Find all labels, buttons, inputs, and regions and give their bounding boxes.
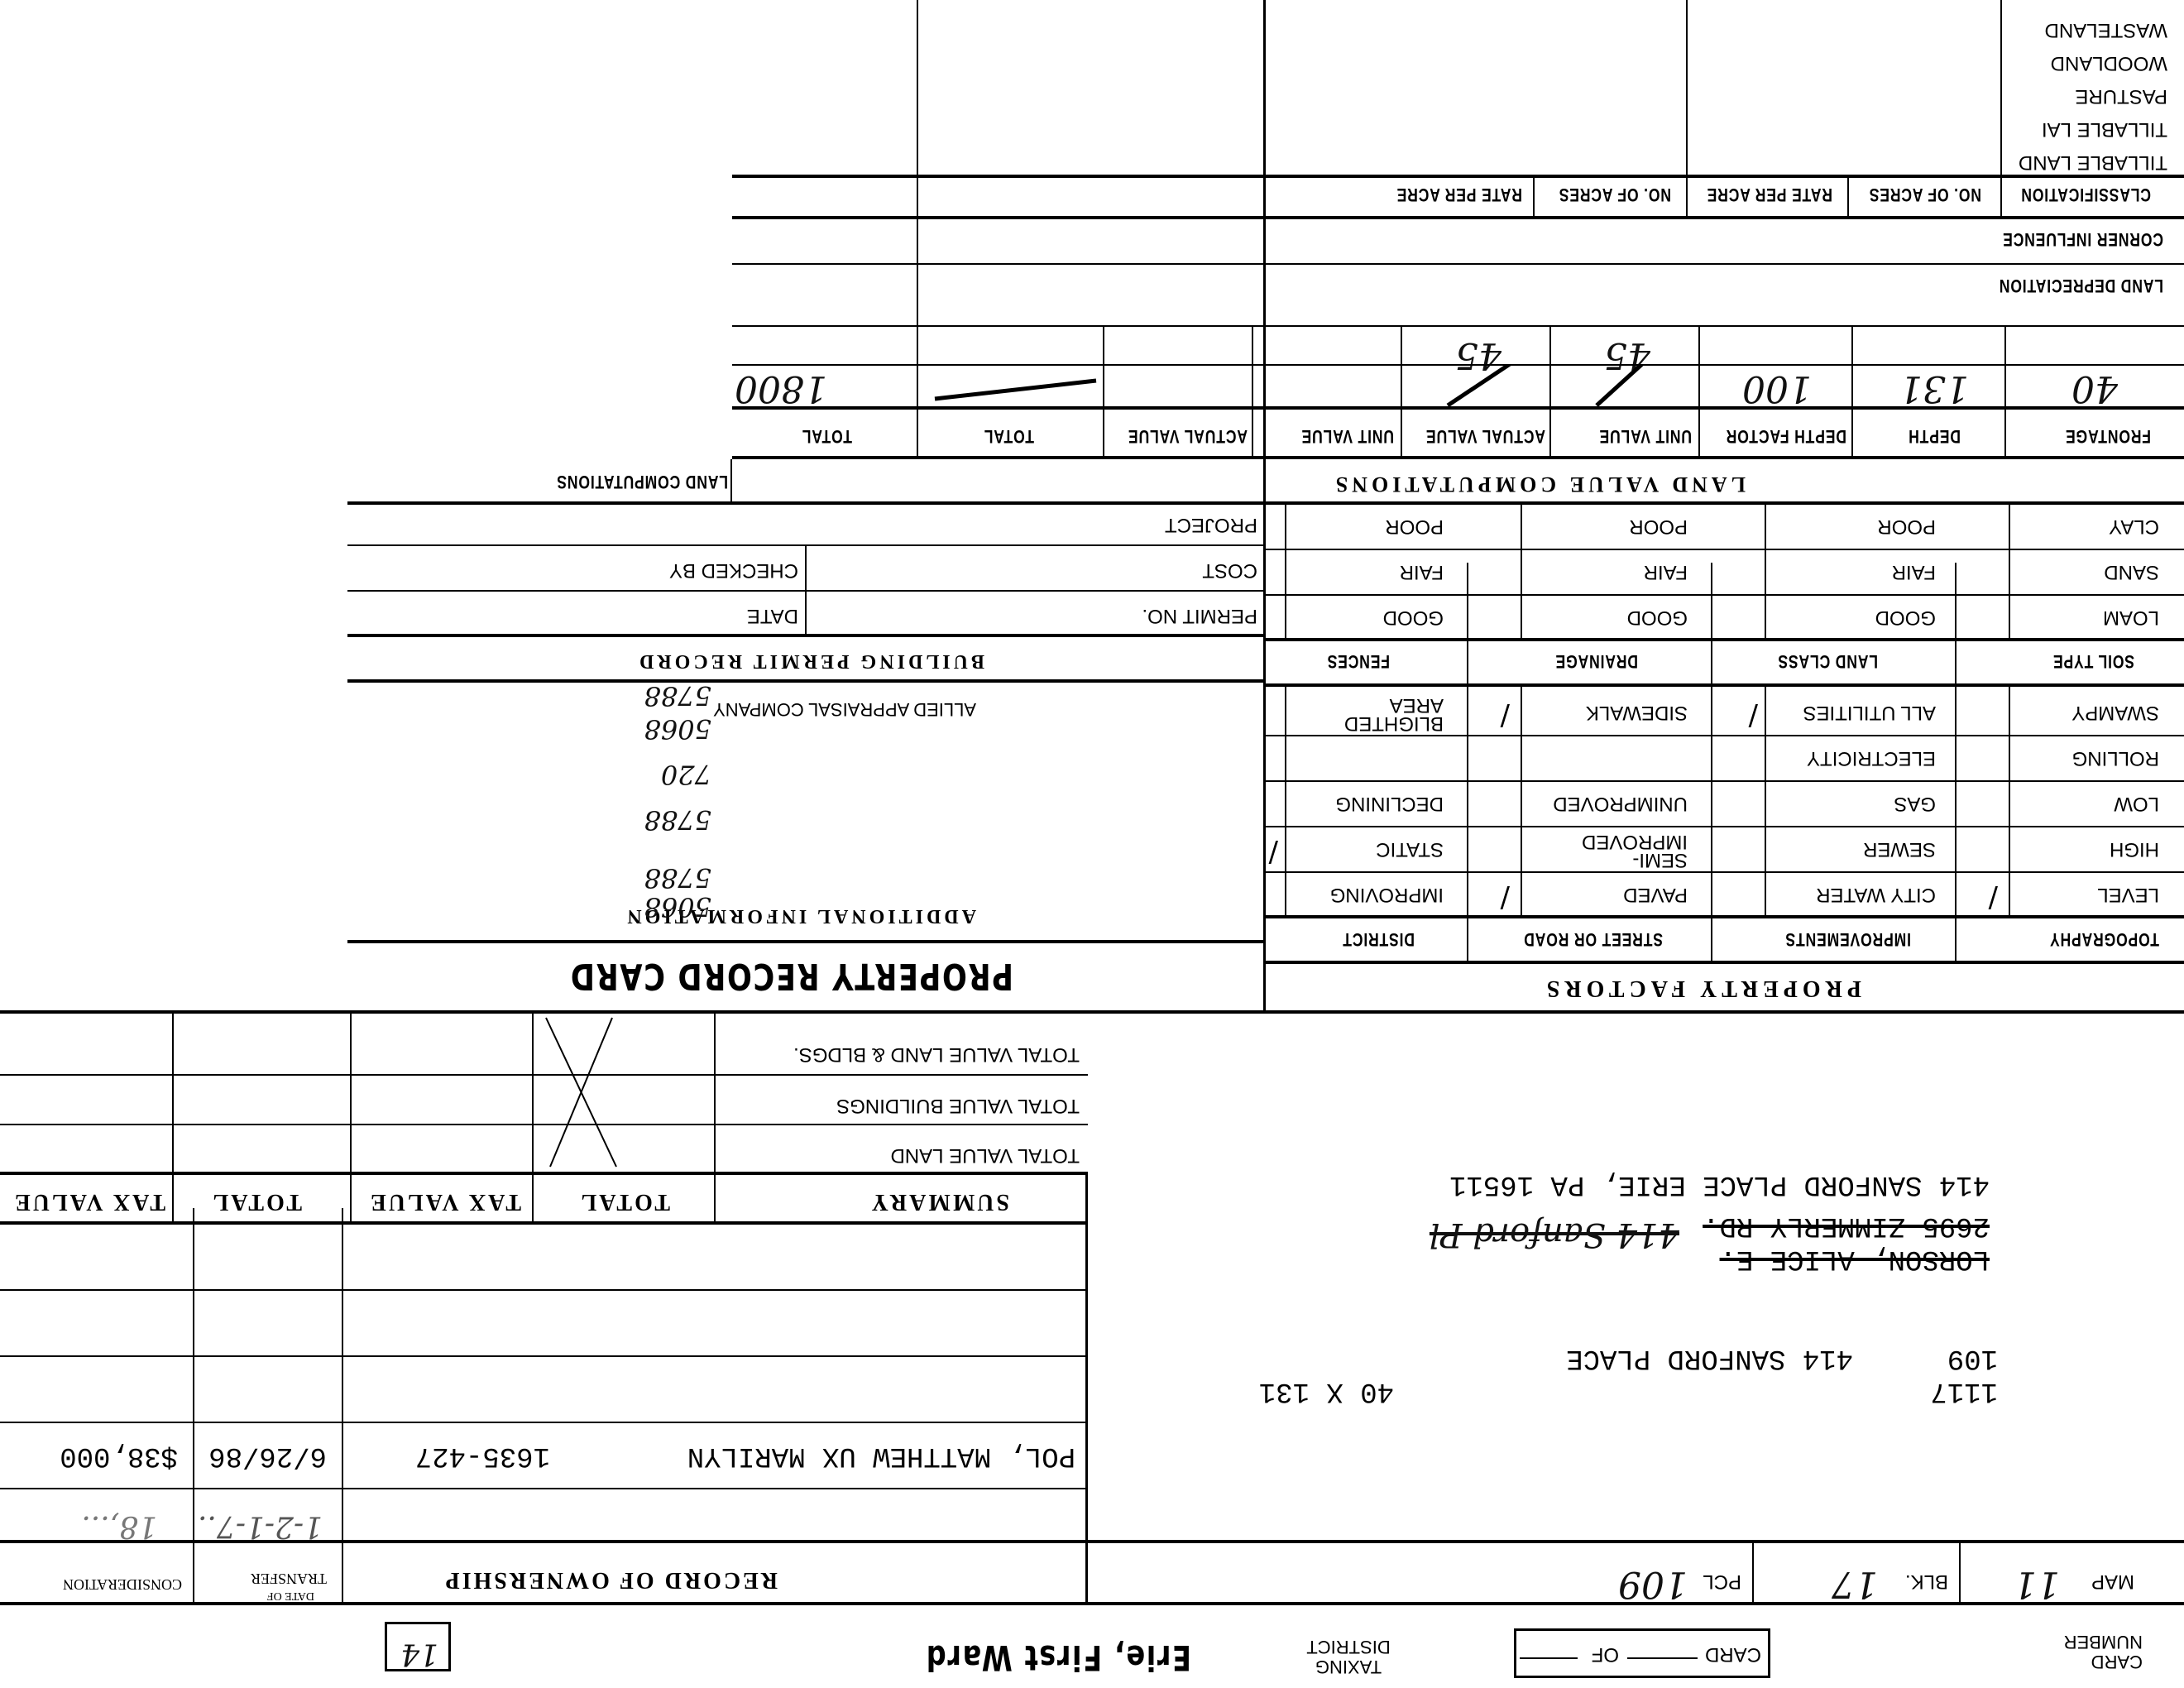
owner-name: POL, MATTHEW UX MARILYN <box>687 1440 1075 1471</box>
acre-row-wasteland: WASTELAND <box>2045 18 2167 41</box>
check-mark-icon: / <box>1749 699 1758 732</box>
acre-row-tillable-lai: TILLABLE LAI <box>2042 117 2167 141</box>
street-sidewalk[interactable]: SIDEWALK <box>1586 701 1688 724</box>
topo-level[interactable]: LEVEL <box>2097 883 2159 906</box>
col-unit-value: UNIT VALUE <box>1599 425 1692 447</box>
margin-note: 5788 <box>644 680 711 712</box>
land-class-good[interactable]: GOOD <box>1875 606 1936 629</box>
address-line-number: 1117 <box>1930 1375 1998 1407</box>
impr-all-utilities[interactable]: ALL UTILITIES <box>1803 701 1937 724</box>
pcl-label: PCL <box>1703 1570 1741 1593</box>
district-name: Erie, First Ward <box>925 1638 1191 1678</box>
land-class-poor[interactable]: POOR <box>1877 515 1936 538</box>
topo-low[interactable]: LOW <box>2114 792 2159 815</box>
acre-row-woodland: WOODLAND <box>2051 51 2167 74</box>
date-of-label: DATE OF <box>267 1589 314 1602</box>
margin-note: 5788 <box>644 862 711 894</box>
address-parcel: 109 <box>1947 1342 1998 1374</box>
col-depth: DEPTH <box>1908 425 1961 447</box>
permit-project-label: PROJECT <box>1165 513 1257 536</box>
impr-electricity[interactable]: ELECTRICITY <box>1807 746 1936 770</box>
col-improvements: IMPROVEMENTS <box>1785 928 1911 950</box>
rate-per-acre-label-2: RATE PER ACRE <box>1396 184 1522 205</box>
card-number-label: CARD NUMBER <box>2043 1632 2143 1671</box>
appraiser-name: ALLIED APPRAISAL COMPANY <box>713 698 976 720</box>
margin-note: 5788 <box>644 804 711 836</box>
permit-date-label: DATE <box>747 604 798 627</box>
soil-loam[interactable]: LOAM <box>2103 606 2159 629</box>
map-value: 11 <box>2014 1563 2060 1605</box>
impr-sewer[interactable]: SEWER <box>1863 837 1936 861</box>
summary-tax-value-2: TAX VALUE <box>12 1188 165 1215</box>
col-actual-value-2: ACTUAL VALUE <box>1128 425 1248 447</box>
topo-rolling[interactable]: ROLLING <box>2072 746 2159 770</box>
district-code-box: 14 <box>385 1622 451 1671</box>
fences-fair[interactable]: FAIR <box>1400 560 1444 583</box>
col-district: DISTRICT <box>1342 928 1415 950</box>
drainage-good[interactable]: GOOD <box>1627 606 1688 629</box>
drainage-poor[interactable]: POOR <box>1629 515 1688 538</box>
land-value-title: LAND VALUE COMPUTATIONS <box>1332 472 1746 496</box>
fences-poor[interactable]: POOR <box>1385 515 1444 538</box>
impr-city-water[interactable]: CITY WATER <box>1816 883 1936 906</box>
no-of-acres-label-2: NO. OF ACRES <box>1559 184 1671 205</box>
topo-swampy[interactable]: SWAMPY <box>2071 701 2159 724</box>
property-factors-title: PROPERTY FACTORS <box>1542 975 1861 1001</box>
land-depreciation-label: LAND DEPRECIATION <box>1999 275 2163 296</box>
summary-total-2: TOTAL <box>211 1188 302 1215</box>
depth-factor-value: 100 <box>1742 367 1812 410</box>
summary-row-land: TOTAL VALUE LAND <box>890 1144 1080 1167</box>
deed-book: 1635-427 <box>415 1440 550 1471</box>
pcl-value: 109 <box>1618 1563 1688 1605</box>
property-record-card: CARD NUMBER CARD OF TAXING DISTRICT Erie… <box>0 0 2184 1688</box>
acre-row-pasture: PASTURE <box>2075 84 2167 108</box>
permit-checked-by-label: CHECKED BY <box>669 559 798 582</box>
district-code: 14 <box>400 1637 438 1671</box>
transfer-label: TRANSFER <box>251 1570 327 1587</box>
frontage-value: 40 <box>2071 367 2118 410</box>
strike-mark <box>1398 364 1696 410</box>
fences-good[interactable]: GOOD <box>1383 606 1444 629</box>
margin-note: 5068 <box>644 713 711 745</box>
transfer-date: 6/26/86 <box>208 1440 327 1471</box>
district-static[interactable]: STATIC <box>1376 837 1444 861</box>
permit-cost-label: COST <box>1202 559 1257 582</box>
classification-label: CLASSIFICATION <box>2020 184 2151 205</box>
card-label: CARD <box>1705 1642 1761 1666</box>
check-mark-icon: / <box>1269 836 1278 869</box>
struck-address: 2695 ZIMMERLY RD. <box>1703 1210 1990 1241</box>
x-cross-mark <box>538 1014 629 1171</box>
district-declining[interactable]: DECLINING <box>1335 792 1444 815</box>
check-mark-icon: / <box>1501 881 1510 914</box>
consideration-label: CONSIDERATION <box>63 1575 182 1593</box>
taxing-district-label: TAXING DISTRICT <box>1291 1637 1406 1676</box>
summary-row-buildings: TOTAL VALUE BUILDINGS <box>836 1094 1080 1117</box>
col-street-or-road: STREET OR ROAD <box>1523 928 1663 950</box>
struck-handwritten-address: 414 Sanford Pl <box>1430 1216 1679 1254</box>
street-unimproved[interactable]: UNIMPROVED <box>1553 792 1688 815</box>
col-total-2: TOTAL <box>802 425 852 447</box>
col-frontage: FRONTAGE <box>2065 425 2151 447</box>
building-permit-title: BUILDING PERMIT RECORD <box>636 650 984 672</box>
impr-gas[interactable]: GAS <box>1894 792 1936 815</box>
margin-note: 5068 <box>644 891 711 923</box>
check-mark-icon: / <box>1989 881 1998 914</box>
ownership-title: RECORD OF OWNERSHIP <box>443 1566 778 1593</box>
margin-note: 720 <box>661 759 711 790</box>
address-street: 414 SANFORD PLACE <box>1566 1342 1853 1374</box>
address-dims: 40 X 131 <box>1259 1375 1394 1407</box>
summary-row-land-bldgs: TOTAL VALUE LAND & BLDGS. <box>793 1043 1080 1066</box>
topo-high[interactable]: HIGH <box>2110 837 2159 861</box>
blk-value: 17 <box>1832 1563 1878 1605</box>
summary-tax-value-1: TAX VALUE <box>368 1188 521 1215</box>
col-topography: TOPOGRAPHY <box>2049 928 2159 950</box>
consideration: $38,000 <box>60 1440 178 1471</box>
street-paved[interactable]: PAVED <box>1623 883 1688 906</box>
land-class-fair[interactable]: FAIR <box>1892 560 1936 583</box>
district-improving[interactable]: IMPROVING <box>1330 883 1444 906</box>
depth-value: 131 <box>1899 367 1969 410</box>
current-address: 414 SANFORD PLACE ERIE, PA 16511 <box>1449 1168 1990 1200</box>
drainage-fair[interactable]: FAIR <box>1644 560 1688 583</box>
acre-row-tillable-land: TILLABLE LAND <box>2019 151 2167 174</box>
col-land-class: LAND CLASS <box>1778 650 1878 672</box>
check-mark-icon: / <box>1501 699 1510 732</box>
col-drainage: DRAINAGE <box>1555 650 1638 672</box>
soil-sand[interactable]: SAND <box>2104 560 2159 583</box>
col-soil-type: SOIL TYPE <box>2052 650 2134 672</box>
col-depth-factor: DEPTH FACTOR <box>1726 425 1846 447</box>
summary-title: SUMMARY <box>869 1188 1009 1215</box>
soil-clay[interactable]: CLAY <box>2109 515 2159 538</box>
land-computations-title: LAND COMPUTATIONS <box>556 471 728 492</box>
of-label: OF <box>1592 1642 1619 1666</box>
street-semi-improved[interactable]: SEMI-IMPROVED <box>1539 832 1688 869</box>
consideration: 18,... <box>81 1509 157 1543</box>
card-of-box[interactable]: CARD OF <box>1514 1628 1770 1678</box>
blk-label: BLK. <box>1905 1570 1948 1593</box>
map-label: MAP <box>2091 1570 2134 1593</box>
dash-mark <box>927 372 1100 405</box>
corner-influence-label: CORNER INFLUENCE <box>2002 228 2163 250</box>
col-total: TOTAL <box>984 425 1034 447</box>
rate-per-acre-label: RATE PER ACRE <box>1707 184 1832 205</box>
no-of-acres-label: NO. OF ACRES <box>1869 184 1981 205</box>
card-title: PROPERTY RECORD CARD <box>569 955 1013 997</box>
permit-no-label: PERMIT NO. <box>1142 604 1257 627</box>
struck-owner: LORSON, ALICE E. <box>1720 1243 1990 1274</box>
col-unit-value-2: UNIT VALUE <box>1301 425 1394 447</box>
district-blighted-area[interactable]: BLIGHTED AREA <box>1353 696 1444 732</box>
summary-total-1: TOTAL <box>579 1188 670 1215</box>
col-actual-value: ACTUAL VALUE <box>1425 425 1545 447</box>
col-fences: FENCES <box>1327 650 1390 672</box>
transfer-date: 1-2-1-7.. <box>198 1509 323 1543</box>
land-total-value: 1800 <box>735 367 827 410</box>
